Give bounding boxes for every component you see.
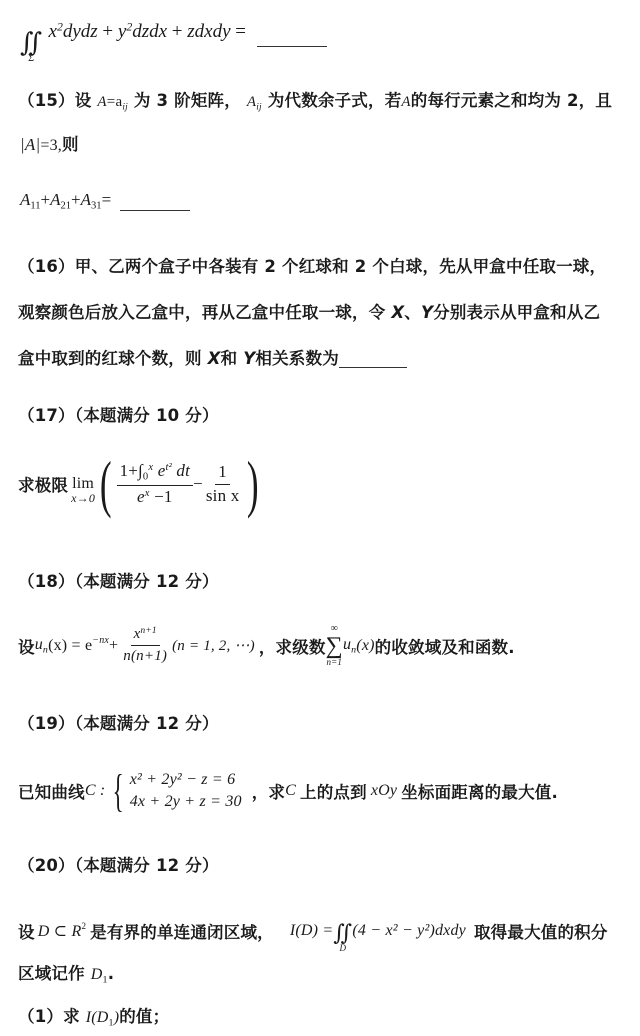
q17-header: （17）（本题满分 10 分） <box>18 402 219 426</box>
summation: ∞ ∑ n=1 <box>326 624 343 667</box>
left-paren: ( <box>100 452 112 516</box>
fraction-1: 1+∫0x et² dt ex −1 <box>117 462 193 507</box>
q19-body: 已知曲线 C : { x² + 2y² − z = 6 4x + 2y + z … <box>18 764 558 817</box>
q18-header: （18）（本题满分 12 分） <box>18 568 219 592</box>
q17-limit-expression: 求极限 lim x→0 ( 1+∫0x et² dt ex −1 − 1 sin… <box>18 452 264 516</box>
q19-header: （19）（本题满分 12 分） <box>18 710 219 734</box>
answer-blank-15 <box>120 210 190 211</box>
q15-line-1: （15）设 A=aij 为 3 阶矩阵， Aij 为代数余子式，若A的每行元素之… <box>18 87 612 112</box>
q14-integral-line: ∬ Σ x2dydz + y2dzdx + zdxdy = <box>20 18 327 64</box>
q15-line-2: |A|=3,则 <box>20 131 79 155</box>
q20-header: （20）（本题满分 12 分） <box>18 852 219 876</box>
equation-system: x² + 2y² − z = 6 4x + 2y + z = 30 <box>130 772 242 810</box>
q16-line-1: （16）甲、乙两个盒子中各装有 2 个红球和 2 个白球，先从甲盒中任取一球， <box>18 253 606 277</box>
q15-sum-expression: A11+A21+A31= <box>20 190 190 212</box>
q20-part-1: （1）求 I(D1)的值； <box>18 1003 169 1028</box>
fraction: xn+1 n(n+1) <box>120 626 170 664</box>
q18-body: 设 un (x) = e−nx + xn+1 n(n+1) (n = 1, 2,… <box>18 624 515 667</box>
answer-blank-14 <box>257 46 327 47</box>
answer-blank-16 <box>339 367 407 368</box>
limit-operator: lim x→0 <box>71 476 95 504</box>
fraction-2: 1 sin x <box>203 463 243 505</box>
left-brace: { <box>113 764 124 817</box>
double-integral-symbol: ∬ Σ <box>20 30 42 64</box>
q16-line-3: 盒中取到的红球个数，则 X和 Y相关系数为 <box>18 345 407 369</box>
q16-line-2: 观察颜色后放入乙盒中，再从乙盒中任取一球，令 X、Y分别表示从甲盒和从乙 <box>18 299 600 323</box>
double-integral-symbol: ∬ D <box>333 922 352 953</box>
q20-line-1: 设 D ⊂ R2 是有界的单连通闭区域， I(D) = ∬ D (4 − x² … <box>18 908 608 953</box>
right-paren: ) <box>247 452 259 516</box>
q20-line-2: 区域记作 D1. <box>18 960 114 985</box>
